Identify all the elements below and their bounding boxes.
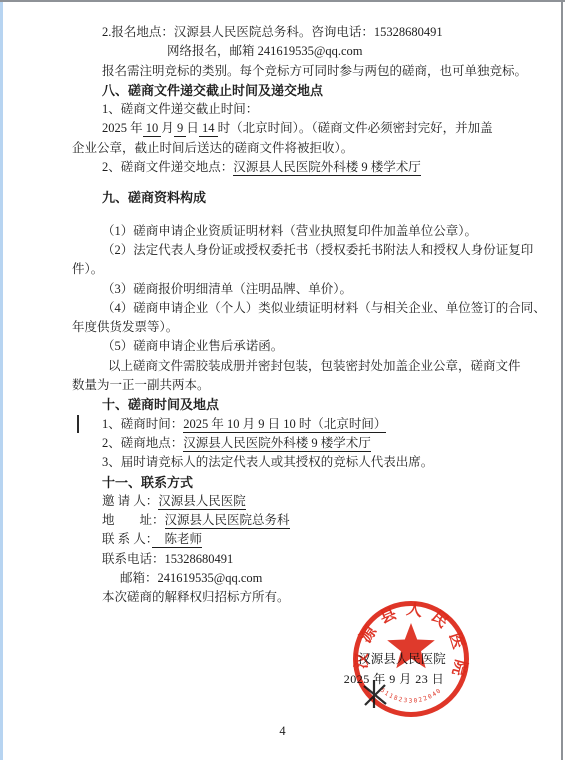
para-binding-note-cont: 数量为一正一副共两本。 (72, 376, 532, 395)
para-inviter: 邀 请 人：汉源县人民医院 (102, 492, 532, 511)
text-run: 联 系 人： (102, 532, 152, 546)
document-body: 2.报名地点：汉源县人民医院总务科。咨询电话：15328680491网络报名，邮… (72, 23, 532, 608)
heading-section-8: 八、磋商文件递交截止时间及递交地点 (102, 81, 532, 100)
text-run: （4）磋商申请企业（个人）类似业绩证明材料（与相关企业、单位签订的合同、 (102, 301, 546, 315)
para-material-2: （2）法定代表人身份证或授权委托书（授权委托书附法人和授权人身份证复印 (102, 241, 532, 260)
para-material-3: （3）磋商报价明细清单（注明品牌、单价）。 (102, 280, 532, 299)
text-run: 时（北京时间）。（磋商文件必须密封完好，并加盖 (218, 121, 493, 135)
para-deadline-datetime: 2025 年 10 月 9 日 14 时（北京时间）。（磋商文件必须密封完好，并… (102, 119, 532, 138)
heading-section-10: 十、磋商时间及地点 (102, 395, 532, 414)
heading-section-11: 十一、联系方式 (102, 473, 532, 492)
text-run: 以上磋商文件需胶装成册并密封包装，包装密封处加盖企业公章，磋商文件 (108, 359, 521, 373)
text-run: （2）法定代表人身份证或授权委托书（授权委托书附法人和授权人身份证复印 (102, 243, 533, 257)
text-run: （5）磋商申请企业售后承诺函。 (102, 339, 283, 353)
underlined-field: 9 (174, 121, 187, 137)
underlined-field: 汉源县人民医院外科楼 9 楼学术厅 (183, 436, 371, 452)
underlined-field: 汉源县人民医院外科楼 9 楼学术厅 (233, 160, 421, 176)
underlined-field: 陈老师 (152, 532, 202, 548)
para-online-signup-email: 网络报名，邮箱 241619535@qq.com (167, 42, 532, 61)
text-run: 九、磋商资料构成 (102, 190, 206, 205)
text-run: 月 (161, 121, 174, 135)
text-run: 2、磋商地点： (102, 436, 183, 450)
para-material-2-cont: 件）。 (72, 260, 532, 279)
para-signup-note: 报名需注明竞标的类别。每个竞标方可同时参与两包的磋商，也可单独竞标。 (102, 62, 532, 81)
underlined-field: 14 (199, 121, 218, 137)
para-meeting-time: 1、磋商时间：2025 年 10 月 9 日 10 时（北京时间） (102, 415, 532, 434)
text-run: 企业公章，截止时间后送达的磋商文件将被拒收）。 (72, 141, 353, 155)
para-contact-email: 邮箱：241619535@qq.com (120, 569, 532, 588)
para-attendance: 3、届时请竞标人的法定代表人或其授权的竞标人代表出席。 (102, 453, 532, 472)
text-run: 报名需注明竞标的类别。每个竞标方可同时参与两包的磋商，也可单独竞标。 (102, 64, 527, 78)
para-deadline-label: 1、磋商文件递交截止时间： (102, 100, 532, 119)
signature-date: 2025 年 9 月 23 日 (340, 670, 448, 687)
text-run: 邮箱：241619535@qq.com (120, 571, 262, 585)
para-material-4: （4）磋商申请企业（个人）类似业绩证明材料（与相关企业、单位签订的合同、 (102, 299, 532, 318)
text-run: 地 址： (102, 513, 165, 527)
para-address: 地 址：汉源县人民医院总务科 (102, 511, 532, 530)
text-run: 网络报名，邮箱 241619535@qq.com (167, 44, 363, 58)
para-material-1: （1）磋商申请企业资质证明材料（营业执照复印件加盖单位公章）。 (102, 222, 532, 241)
signature-org: 汉源县人民医院 (352, 649, 452, 667)
stamp-serial: 5118233022040 (379, 687, 444, 705)
text-run: 1、磋商文件递交截止时间： (102, 102, 258, 116)
page-right-border (561, 0, 563, 760)
para-binding-note: 以上磋商文件需胶装成册并密封包装，包装密封处加盖企业公章，磋商文件 (108, 357, 532, 376)
text-run: 1、磋商时间： (102, 417, 183, 431)
text-run: 2025 年 (102, 121, 143, 135)
document-page: 2.报名地点：汉源县人民医院总务科。咨询电话：15328680491网络报名，邮… (0, 0, 565, 760)
text-run: 邀 请 人： (102, 494, 158, 508)
text-run: 2、磋商文件递交地点： (102, 160, 233, 174)
para-material-4-cont: 年度供货发票等）。 (72, 318, 532, 337)
revision-bar (77, 415, 79, 433)
underlined-field: 汉源县人民医院 (158, 494, 246, 510)
text-run: 件）。 (72, 262, 103, 276)
para-submit-location: 2、磋商文件递交地点：汉源县人民医院外科楼 9 楼学术厅 (102, 158, 532, 177)
para-meeting-place: 2、磋商地点：汉源县人民医院外科楼 9 楼学术厅 (102, 434, 532, 453)
para-contact-phone: 联系电话：15328680491 (102, 550, 532, 569)
text-run: （1）磋商申请企业资质证明材料（营业执照复印件加盖单位公章）。 (102, 224, 477, 238)
page-top-border (0, 0, 565, 2)
para-deadline-cont: 企业公章，截止时间后送达的磋商文件将被拒收）。 (72, 139, 532, 158)
text-run: 十、磋商时间及地点 (102, 397, 219, 412)
para-contact-person: 联 系 人： 陈老师 (102, 530, 532, 549)
heading-section-9: 九、磋商资料构成 (102, 188, 532, 207)
para-signup-location: 2.报名地点：汉源县人民医院总务科。咨询电话：15328680491 (102, 23, 532, 42)
text-run: 本次磋商的解释权归招标方所有。 (102, 590, 290, 604)
underlined-field: 汉源县人民医院总务科 (165, 513, 290, 529)
page-left-edge (0, 0, 3, 760)
underlined-field: 2025 年 10 月 9 日 10 时（北京时间） (183, 417, 386, 433)
page-number: 4 (0, 724, 565, 739)
text-run: 联系电话：15328680491 (102, 552, 233, 566)
text-run: 数量为一正一副共两本。 (72, 378, 210, 392)
text-run: （3）磋商报价明细清单（注明品牌、单价）。 (102, 282, 352, 296)
text-run: 十一、联系方式 (102, 475, 193, 490)
text-run: 3、届时请竞标人的法定代表人或其授权的竞标人代表出席。 (102, 455, 433, 469)
text-run: 年度供货发票等）。 (72, 320, 178, 334)
text-run: 2.报名地点：汉源县人民医院总务科。咨询电话：15328680491 (102, 25, 443, 39)
svg-text:5118233022040: 5118233022040 (379, 687, 444, 705)
para-material-5: （5）磋商申请企业售后承诺函。 (102, 337, 532, 356)
text-run: 日 (186, 121, 199, 135)
underlined-field: 10 (143, 121, 162, 137)
text-run: 八、磋商文件递交截止时间及递交地点 (102, 83, 323, 98)
